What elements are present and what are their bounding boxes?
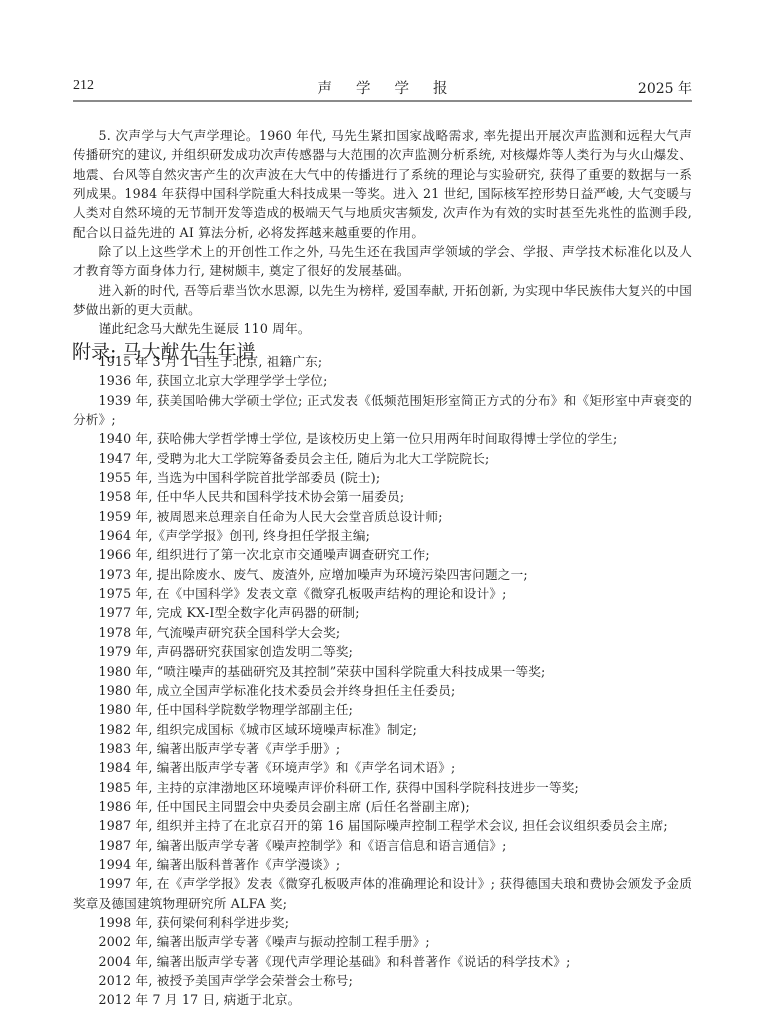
chronology-entry: 1980 年, 成立全国声学标准化技术委员会并终身担任主任委员;: [73, 681, 692, 700]
header-rule: [73, 100, 692, 102]
chronology-entry: 1936 年, 获国立北京大学理学学士学位;: [73, 371, 692, 390]
chronology-entry: 1973 年, 提出除废水、废气、废渣外, 应增加噪声为环境污染四害问题之一;: [73, 565, 692, 584]
chronology-entry: 1998 年, 获何梁何利科学进步奖;: [73, 913, 692, 932]
chronology-entry: 1985 年, 主持的京津渤地区环境噪声评价科研工作, 获得中国科学院科技进步一…: [73, 778, 692, 797]
chronology-entry: 1958 年, 任中华人民共和国科学技术协会第一届委员;: [73, 487, 692, 506]
chronology-entry: 1984 年, 编著出版声学专著《环境声学》和《声学名词术语》;: [73, 758, 692, 777]
chronology-entry: 1987 年, 组织并主持了在北京召开的第 16 届国际噪声控制工程学术会议, …: [73, 816, 692, 835]
chronology-entry: 1955 年, 当选为中国科学院首批学部委员 (院士);: [73, 468, 692, 487]
chronology-entry: 1994 年, 编著出版科普著作《声学漫谈》;: [73, 855, 692, 874]
chronology-list: 1915 年 3 月 1 日生于北京, 祖籍广东; 1936 年, 获国立北京大…: [73, 352, 692, 1010]
paragraph-contributions: 除了以上这些学术上的开创性工作之外, 马先生还在我国声学领域的学会、学报、声学技…: [73, 242, 692, 281]
chronology-entry: 1947 年, 受聘为北大工学院筹备委员会主任, 随后为北大工学院院长;: [73, 449, 692, 468]
chronology-entry: 1915 年 3 月 1 日生于北京, 祖籍广东;: [73, 352, 692, 371]
chronology-entry: 1975 年, 在《中国科学》发表文章《微穿孔板吸声结构的理论和设计》;: [73, 584, 692, 603]
chronology-entry: 1940 年, 获哈佛大学哲学博士学位, 是该校历史上第一位只用两年时间取得博士…: [73, 429, 692, 448]
chronology-entry: 2004 年, 编著出版声学专著《现代声学理论基础》和科普著作《说话的科学技术》…: [73, 952, 692, 971]
chronology-entry: 1980 年, “喷注噪声的基础研究及其控制”荣获中国科学院重大科技成果一等奖;: [73, 662, 692, 681]
chronology-entry: 1977 年, 完成 KX-Ⅰ型全数字化声码器的研制;: [73, 603, 692, 622]
chronology-entry: 1979 年, 声码器研究获国家创造发明二等奖;: [73, 642, 692, 661]
chronology-entry: 1997 年, 在《声学学报》发表《微穿孔板吸声体的准确理论和设计》; 获得德国…: [73, 874, 692, 913]
chronology-entry: 1959 年, 被周恩来总理亲自任命为人民大会堂音质总设计师;: [73, 507, 692, 526]
chronology-entry: 2012 年 7 月 17 日, 病逝于北京。: [73, 990, 692, 1009]
chronology-entry: 1980 年, 任中国科学院数学物理学部副主任;: [73, 700, 692, 719]
paragraph-infrasound: 5. 次声学与大气声学理论。1960 年代, 马先生紧扣国家战略需求, 率先提出…: [73, 126, 692, 242]
chronology-entry: 1986 年, 任中国民主同盟会中央委员会副主席 (后任名誉副主席);: [73, 797, 692, 816]
chronology-entry: 2002 年, 编著出版声学专著《噪声与振动控制工程手册》;: [73, 932, 692, 951]
body-text: 5. 次声学与大气声学理论。1960 年代, 马先生紧扣国家战略需求, 率先提出…: [73, 126, 692, 339]
chronology-entry: 1978 年, 气流噪声研究获全国科学大会奖;: [73, 623, 692, 642]
journal-title: 声学学报: [73, 77, 692, 98]
chronology-entry: 1939 年, 获美国哈佛大学硕士学位; 正式发表《低频范围矩形室简正方式的分布…: [73, 391, 692, 430]
chronology-entry: 2012 年, 被授予美国声学学会荣誉会士称号;: [73, 971, 692, 990]
paragraph-new-era: 进入新的时代, 吾等后辈当饮水思源, 以先生为榜样, 爱国奉献, 开拓创新, 为…: [73, 281, 692, 320]
paragraph-commemoration: 谨此纪念马大猷先生诞辰 110 周年。: [73, 319, 692, 338]
chronology-entry: 1983 年, 编著出版声学专著《声学手册》;: [73, 739, 692, 758]
journal-year: 2025 年: [638, 78, 692, 98]
chronology-entry: 1964 年,《声学学报》创刊, 终身担任学报主编;: [73, 526, 692, 545]
chronology-entry: 1982 年, 组织完成国标《城市区域环境噪声标准》制定;: [73, 720, 692, 739]
running-header: 212 声学学报 2025 年: [73, 74, 692, 102]
chronology-entry: 1966 年, 组织进行了第一次北京市交通噪声调查研究工作;: [73, 545, 692, 564]
chronology-entry: 1987 年, 编著出版声学专著《噪声控制学》和《语言信息和语言通信》;: [73, 836, 692, 855]
